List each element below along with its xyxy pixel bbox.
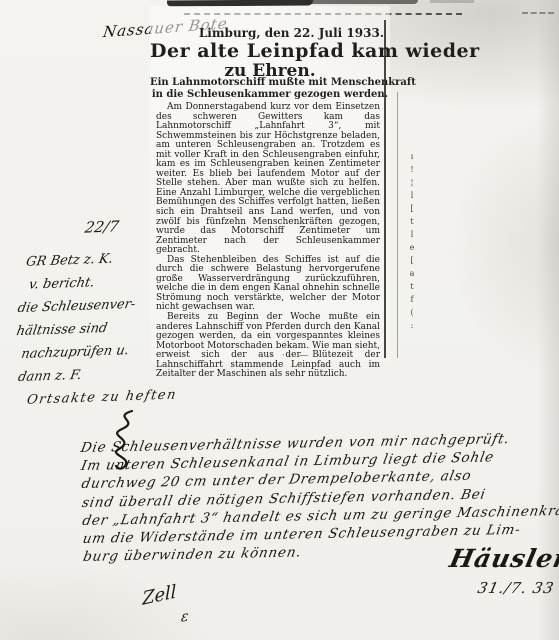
signature-date: 31./7. 33 — [478, 579, 554, 597]
subhead-line-2: in die Schleusenkammer gezogen werden. — [150, 89, 390, 100]
margin-note-lines: GR Betz z. K.v. bericht.die Schleusenver… — [14, 245, 195, 412]
signature-date-text: 31./7. 33 — [476, 579, 556, 597]
margin-note-date-text: 22/7 — [83, 217, 120, 236]
signature-text: Häusler — [447, 544, 559, 573]
cut-letter-fragment: ( — [405, 308, 419, 321]
dateline: Limburg, den 22. Juli 1933. — [199, 26, 384, 40]
headline-line-1: Der alte Leinpfad kam wieder — [150, 40, 390, 62]
margin-note: 22/7 GR Betz z. K.v. bericht.die Schleus… — [13, 215, 195, 412]
margin-note-line-text: dann z. F. — [16, 364, 83, 389]
margin-note-line-text: v. bericht. — [27, 271, 97, 296]
margin-note-line-text: GR Betz z. K. — [24, 248, 115, 274]
cut-letter-fragment: ! — [405, 165, 419, 178]
cut-letter-fragment: ı — [405, 152, 419, 165]
review-note-line-text: burg überwinden zu können. — [81, 544, 303, 567]
margin-note-date: 22/7 — [85, 215, 189, 237]
subhead-line-1: Ein Lahnmotorschiff mußte mit Menschenkr… — [150, 77, 390, 88]
cut-letter-fragment: l — [405, 191, 419, 204]
cut-letter-fragment: a — [405, 269, 419, 282]
cut-letter-fragment: : — [405, 321, 419, 334]
cut-letter-fragment: t — [405, 217, 419, 230]
paraph-flourish-text: ε — [180, 608, 189, 625]
cut-letter-fragment: [ — [405, 204, 419, 217]
paraph-initials-text: Zell — [142, 581, 176, 610]
clipping-cut-edge-dashes — [522, 12, 554, 14]
article-end-marks: · ·· — · — [270, 351, 323, 361]
signature: Häusler — [450, 544, 559, 573]
scan-edge-smudge — [430, 0, 474, 3]
margin-note-line-text: hältnisse sind — [15, 317, 110, 343]
cut-letter-fragment: e — [405, 243, 419, 256]
cut-letter-fragment: f — [405, 295, 419, 308]
margin-note-line-text: die Schleusenver- — [16, 293, 137, 320]
clipping-edge-shadow — [397, 92, 398, 358]
paraph-flourish: ε — [180, 609, 190, 626]
scanned-archive-page: Nassauer Bote Limburg, den 22. Juli 1933… — [0, 0, 559, 640]
cut-letter-fragments: ı!¦l[tle[atf(: — [405, 152, 419, 334]
article-paragraph: Am Donnerstagabend kurz vor dem Einsetze… — [156, 103, 380, 256]
cut-letter-fragment: l — [405, 230, 419, 243]
column-rule — [384, 20, 386, 358]
cut-letter-fragment: t — [405, 282, 419, 295]
paraph-initials: Zell — [140, 582, 178, 610]
scan-edge-smudge — [306, 0, 418, 4]
cut-letter-fragment: [ — [405, 256, 419, 269]
cut-letter-fragment: ¦ — [405, 178, 419, 191]
margin-note-line-text: nachzuprüfen u. — [19, 339, 130, 366]
